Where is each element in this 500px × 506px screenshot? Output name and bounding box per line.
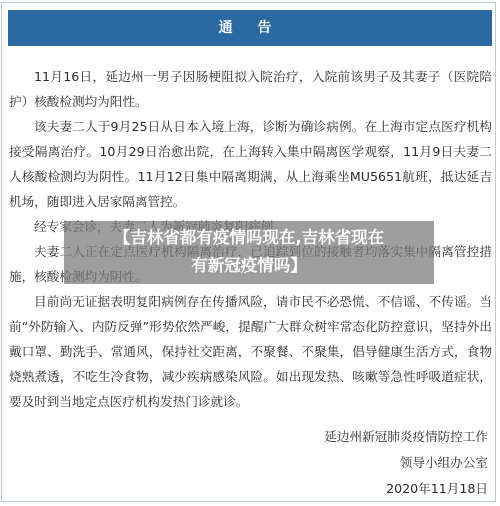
caption-overlay: 【吉林省都有疫情吗现在,吉林省现在 有新冠疫情吗】: [64, 224, 434, 280]
notice-title-bar: 通 告: [8, 10, 492, 46]
signature-date: 2020年11月18日: [324, 476, 488, 502]
signature-block: 延边州新冠肺炎疫情防控工作 领导小组办公室 2020年11月18日: [324, 424, 488, 502]
paragraph: 目前尚无证据表明复阳病例存在传播风险，请市民不必恐慌、不信谣、不传谣。当前“外防…: [9, 289, 492, 414]
paragraph: 该夫妻二人于9月25日从日本入境上海，诊断为确诊病例。在上海市定点医疗机构接受隔…: [9, 114, 492, 214]
signature-org-line2: 领导小组办公室: [324, 450, 488, 476]
caption-line-2: 有新冠疫情吗】: [64, 252, 434, 280]
caption-line-1: 【吉林省都有疫情吗现在,吉林省现在: [64, 224, 434, 252]
paragraph: 11月16日，延边州一男子因肠梗阻拟入院治疗，入院前该男子及其妻子（医院陪护）核…: [9, 64, 492, 114]
signature-org-line1: 延边州新冠肺炎疫情防控工作: [324, 424, 488, 450]
